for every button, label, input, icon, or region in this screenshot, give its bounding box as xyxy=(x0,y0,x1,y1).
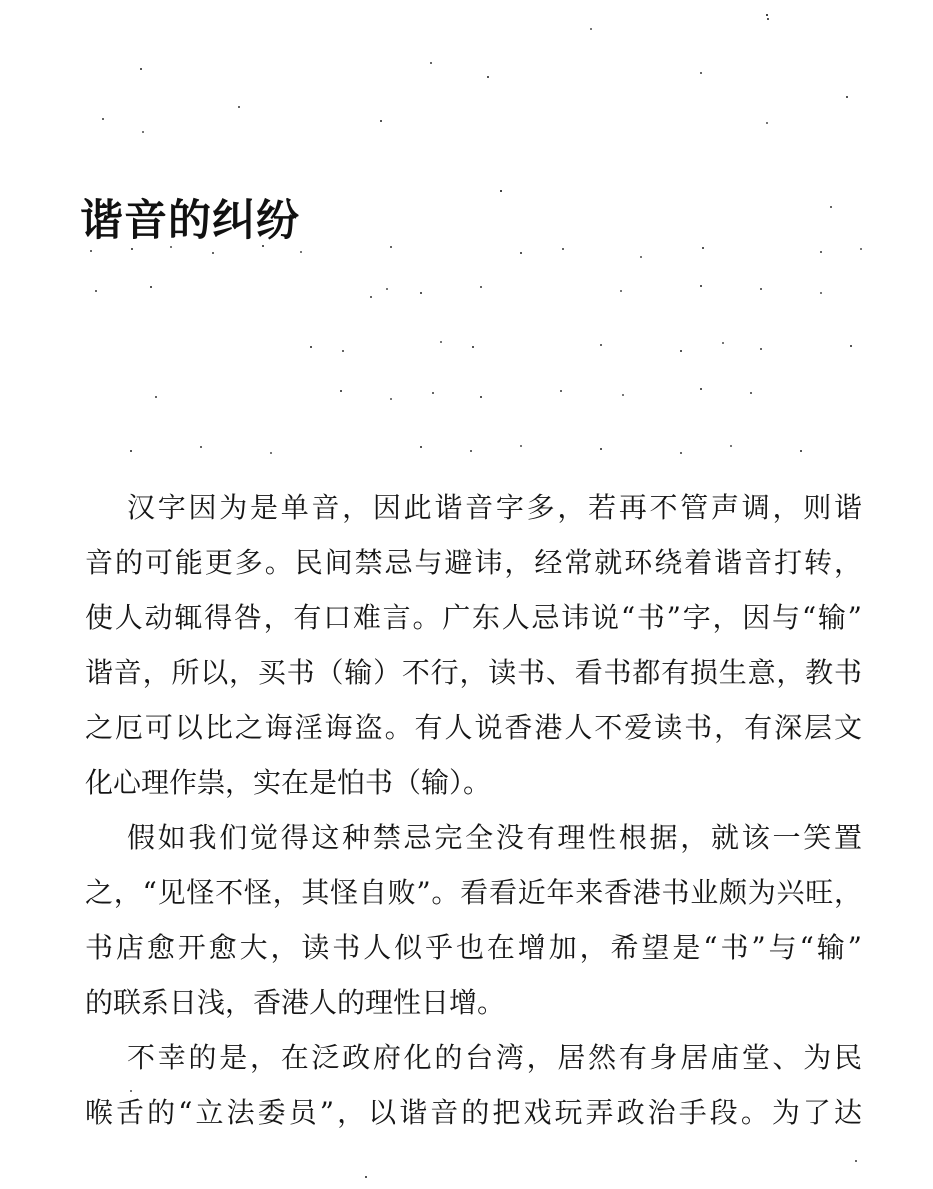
text-line: 的联系日浅，香港人的理性日增。 xyxy=(85,975,862,1030)
text-line: 音的可能更多。民间禁忌与避讳，经常就环绕着谐音打转， xyxy=(85,535,862,590)
body-text-block: 汉字因为是单音，因此谐音字多，若再不管声调，则谐音的可能更多。民间禁忌与避讳，经… xyxy=(85,480,862,1140)
text-line: 假如我们觉得这种禁忌完全没有理性根据，就该一笑置 xyxy=(85,810,862,865)
text-line: 书店愈开愈大，读书人似乎也在增加，希望是“书”与“输” xyxy=(85,920,862,975)
chapter-title: 谐音的纠纷 xyxy=(80,187,300,248)
text-line: 之厄可以比之诲淫诲盗。有人说香港人不爱读书，有深层文 xyxy=(85,700,862,755)
text-line: 化心理作祟，实在是怕书（输）。 xyxy=(85,755,862,810)
text-line: 使人动辄得咎，有口难言。广东人忌讳说“书”字，因与“输” xyxy=(85,590,862,645)
text-line: 喉舌的“立法委员”，以谐音的把戏玩弄政治手段。为了达 xyxy=(85,1085,862,1140)
text-line: 之，“见怪不怪，其怪自败”。看看近年来香港书业颇为兴旺， xyxy=(85,865,862,920)
text-line: 汉字因为是单音，因此谐音字多，若再不管声调，则谐 xyxy=(85,480,862,535)
text-line: 谐音，所以，买书（输）不行，读书、看书都有损生意，教书 xyxy=(85,645,862,700)
scan-noise-speckles xyxy=(0,0,2,2)
text-line: 不幸的是，在泛政府化的台湾，居然有身居庙堂、为民 xyxy=(85,1030,862,1085)
scanned-book-page: 谐音的纠纷 汉字因为是单音，因此谐音字多，若再不管声调，则谐音的可能更多。民间禁… xyxy=(0,0,933,1189)
